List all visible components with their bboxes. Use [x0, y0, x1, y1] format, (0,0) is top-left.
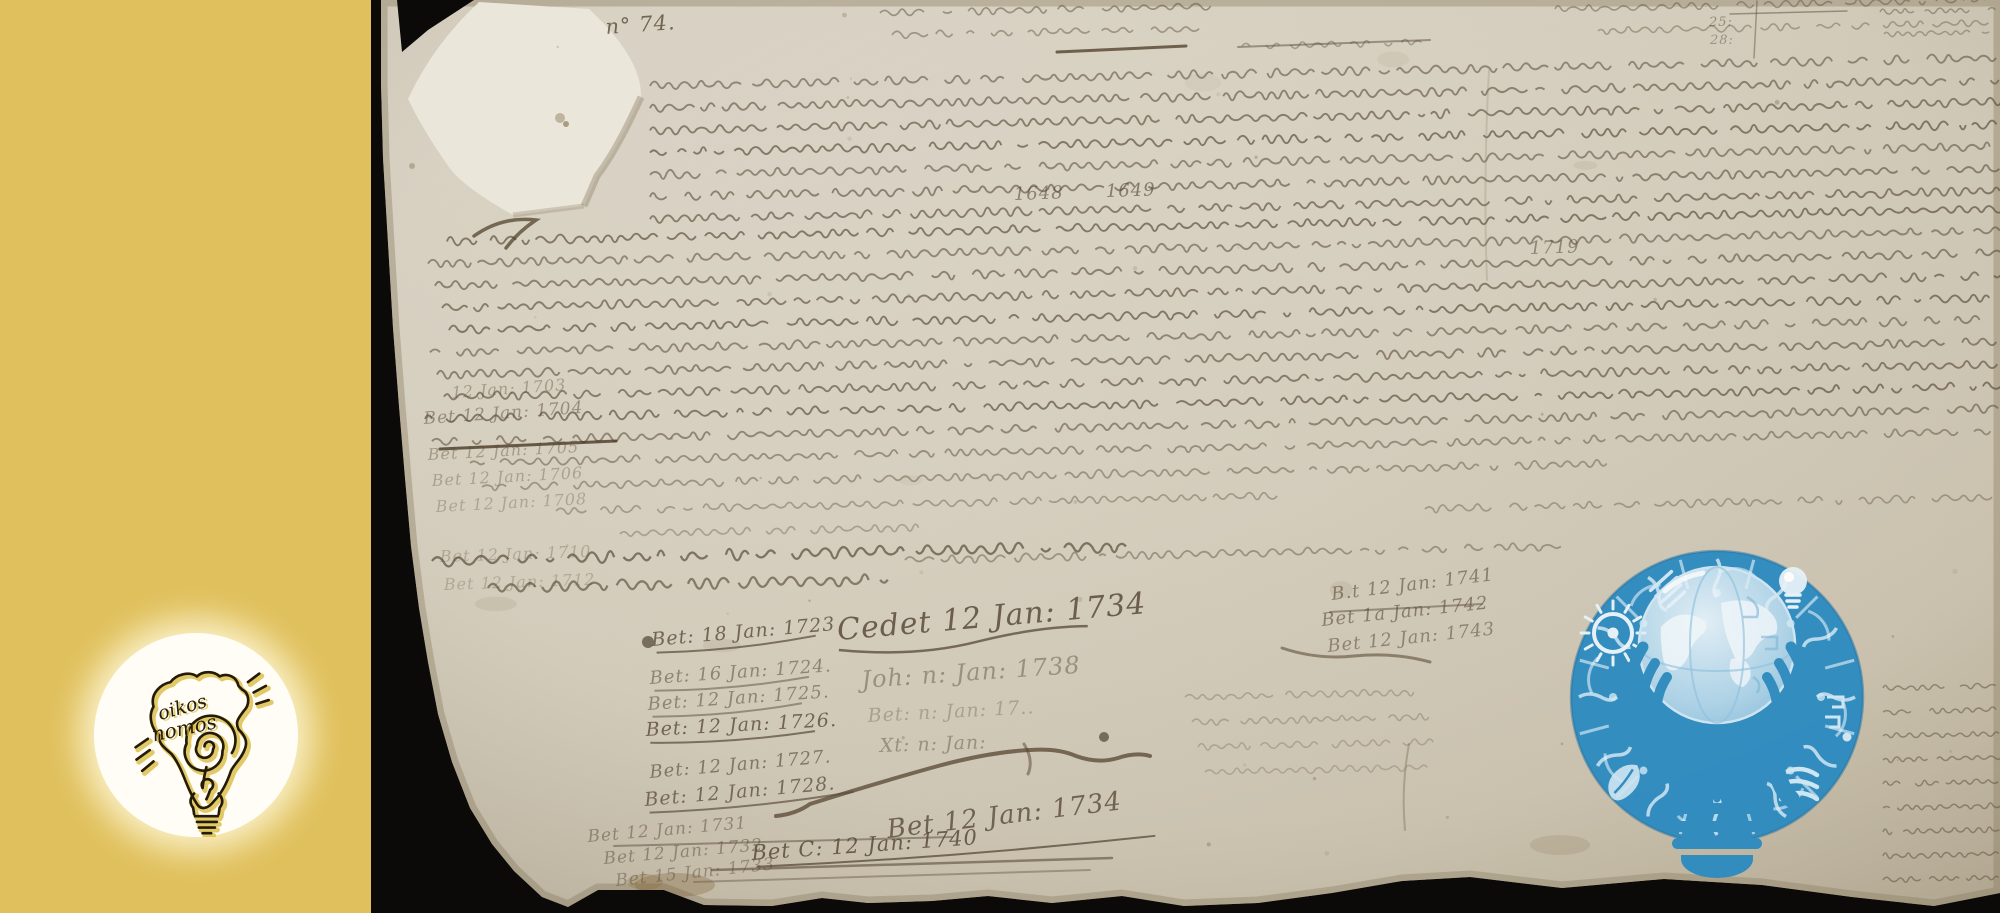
flap-spot [555, 113, 565, 123]
lightbulb-icon [1667, 747, 1767, 878]
handwritten-annotation: 25: [1708, 15, 1733, 30]
handwritten-annotation: Xt: n: Jan: [877, 731, 987, 757]
handwritten-annotation: 1719 [1529, 236, 1580, 259]
handwritten-annotation: 28: [1709, 33, 1734, 48]
handwritten-annotation: 1649 [1105, 179, 1156, 202]
handwritten-annotation: 1648 [1013, 182, 1064, 205]
banner: n° 74.25:28:16481649171912 Jan: 1703Bet … [0, 0, 2000, 913]
oikos-nomos-logo[interactable]: oikos oikos nomos nomos [94, 633, 298, 837]
africa-spiral-lightbulb-sketch-icon: oikos oikos nomos nomos [94, 633, 298, 837]
handwritten-annotation: n° 74. [605, 10, 677, 39]
left-panel: oikos oikos nomos nomos [0, 0, 371, 913]
